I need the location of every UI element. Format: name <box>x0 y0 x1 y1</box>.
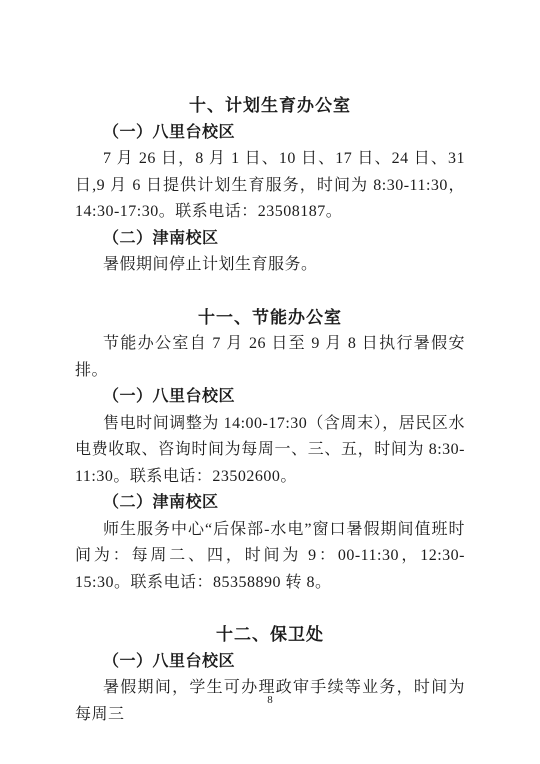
section-heading: 十一、节能办公室 <box>75 305 465 332</box>
section-heading: 十二、保卫处 <box>75 622 465 649</box>
page-number: 8 <box>0 694 540 706</box>
paragraph: 节能办公室自 7 月 26 日至 9 月 8 日执行暑假安排。 <box>75 331 465 384</box>
paragraph: 师生服务中心“后保部-水电”窗口暑假期间值班时间为：每周二、四，时间为 9：00… <box>75 517 465 597</box>
subsection-heading: （二）津南校区 <box>75 490 465 517</box>
section-security-office: 十二、保卫处 （一）八里台校区 暑假期间，学生可办理政审手续等业务，时间为每周三 <box>75 622 465 728</box>
subsection-heading: （二）津南校区 <box>75 226 465 253</box>
section-energy-saving-office: 十一、节能办公室 节能办公室自 7 月 26 日至 9 月 8 日执行暑假安排。… <box>75 305 465 597</box>
document-page: 十、计划生育办公室 （一）八里台校区 7 月 26 日，8 月 1 日、10 日… <box>0 0 540 764</box>
section-family-planning-office: 十、计划生育办公室 （一）八里台校区 7 月 26 日，8 月 1 日、10 日… <box>75 93 465 279</box>
paragraph: 暑假期间停止计划生育服务。 <box>75 252 465 279</box>
subsection-heading: （一）八里台校区 <box>75 384 465 411</box>
paragraph: 7 月 26 日，8 月 1 日、10 日、17 日、24 日、31 日,9 月… <box>75 146 465 226</box>
section-heading: 十、计划生育办公室 <box>75 93 465 120</box>
subsection-heading: （一）八里台校区 <box>75 649 465 676</box>
subsection-heading: （一）八里台校区 <box>75 120 465 147</box>
paragraph: 售电时间调整为 14:00-17:30（含周末），居民区水电费收取、咨询时间为每… <box>75 411 465 491</box>
